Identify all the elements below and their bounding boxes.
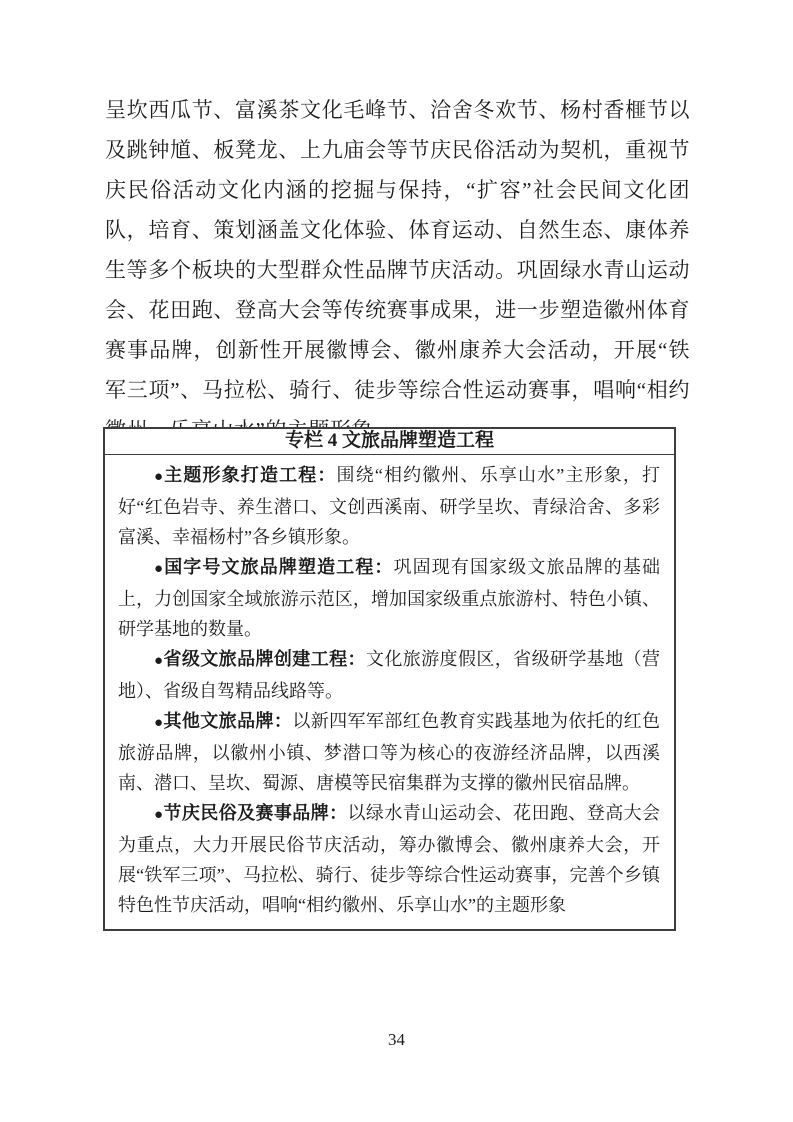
- column-item-label: 其他文旅品牌：: [163, 711, 292, 731]
- bullet-icon: ●: [154, 561, 164, 577]
- column-item-label: 主题形象打造工程：: [164, 465, 336, 485]
- column-item-heading: ●省级文旅品牌创建工程：: [154, 649, 366, 669]
- column-box-title: 专栏 4 文旅品牌塑造工程: [105, 429, 674, 455]
- column-box-body: ●主题形象打造工程：围绕“相约徽州、乐享山水”主形象，打好“红色岩寺、养生潜口、…: [105, 455, 674, 929]
- column-item-label: 省级文旅品牌创建工程：: [163, 649, 365, 669]
- column-item-heading: ●节庆民俗及赛事品牌：: [154, 803, 348, 823]
- bullet-icon: ●: [154, 469, 164, 485]
- column-item: ●省级文旅品牌创建工程：文化旅游度假区，省级研学基地（营地）、省级自驾精品线路等…: [118, 644, 660, 706]
- column-box: 专栏 4 文旅品牌塑造工程 ●主题形象打造工程：围绕“相约徽州、乐享山水”主形象…: [103, 427, 676, 931]
- column-item: ●节庆民俗及赛事品牌：以绿水青山运动会、花田跑、登高大会为重点，大力开展民俗节庆…: [118, 798, 660, 920]
- column-item-heading: ●其他文旅品牌：: [154, 711, 292, 731]
- document-page: 呈坎西瓜节、富溪茶文化毛峰节、洽舍冬欢节、杨村香榧节以及跳钟馗、板凳龙、上九庙会…: [0, 0, 793, 1122]
- column-item-heading: ●国字号文旅品牌塑造工程：: [154, 557, 394, 577]
- column-item: ●主题形象打造工程：围绕“相约徽州、乐享山水”主形象，打好“红色岩寺、养生潜口、…: [118, 460, 660, 552]
- body-paragraph: 呈坎西瓜节、富溪茶文化毛峰节、洽舍冬欢节、杨村香榧节以及跳钟馗、板凳龙、上九庙会…: [105, 90, 690, 450]
- page-number: 34: [0, 1030, 793, 1050]
- column-item-label: 国字号文旅品牌塑造工程：: [164, 557, 393, 577]
- column-item-label: 节庆民俗及赛事品牌：: [163, 803, 347, 823]
- column-item: ●国字号文旅品牌塑造工程：巩固现有国家级文旅品牌的基础上，力创国家全域旅游示范区…: [118, 552, 660, 644]
- column-item-heading: ●主题形象打造工程：: [154, 465, 337, 485]
- column-item: ●其他文旅品牌：以新四军军部红色教育实践基地为依托的红色旅游品牌，以徽州小镇、梦…: [118, 706, 660, 798]
